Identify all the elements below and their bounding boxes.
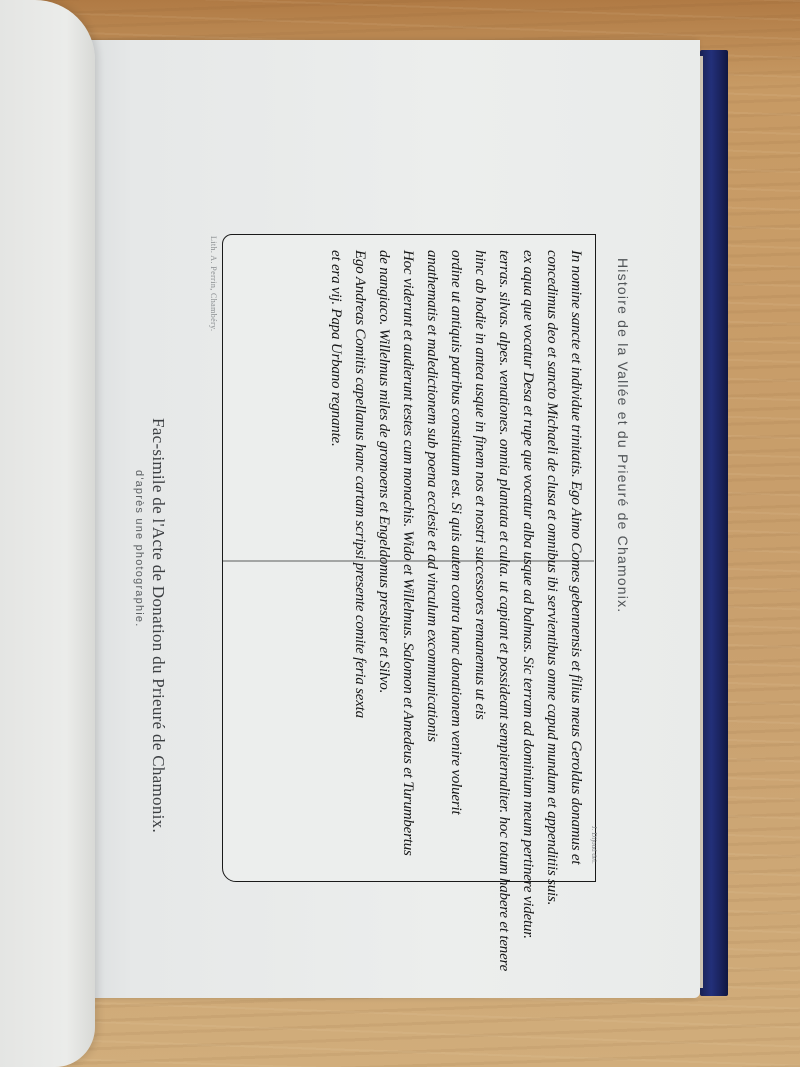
manuscript-line: de nangiaco. Willelmus miles de gromoens… (375, 250, 392, 693)
facing-page-curl (0, 0, 95, 1067)
manuscript-line: concedimus deo et sancto Michaeli de clu… (543, 250, 560, 905)
manuscript-line: Ego Andreas Comitis capellanus hanc cart… (351, 250, 368, 718)
manuscript-line: hinc ab hodie in antea usque in finem no… (471, 250, 488, 720)
plate-subcaption: d'après une photographie. (133, 470, 145, 627)
running-title: Histoire de la Vallée et du Prieuré de C… (615, 258, 631, 613)
manuscript-line: In nomine sancte et individue trinitatis… (567, 250, 584, 864)
manuscript-line: terras. silvas. alpes. venationes. omnia… (495, 250, 512, 971)
manuscript-line: et era vij. Papa Urbano regnante. (327, 250, 344, 447)
manuscript-text: In nomine sancte et individue trinitatis… (232, 244, 586, 874)
plate-caption: Fac-simile de l'Acte de Donation du Prie… (148, 418, 168, 833)
manuscript-line: ordine ut antiquis patribus constitutum … (447, 250, 464, 814)
book-cover (700, 50, 728, 996)
draughtsman-credit: J. Dijoud del. (590, 826, 598, 864)
lithographer-credit: Lith. A. Perrin, Chambéry. (209, 236, 218, 331)
manuscript-line: ex aqua que vocatur Desa et rupe que voc… (519, 250, 536, 939)
manuscript-line: Hoc viderunt et audierunt testes cum mon… (399, 250, 416, 856)
manuscript-line: anathematis et maledictionem sub poena e… (423, 250, 440, 742)
